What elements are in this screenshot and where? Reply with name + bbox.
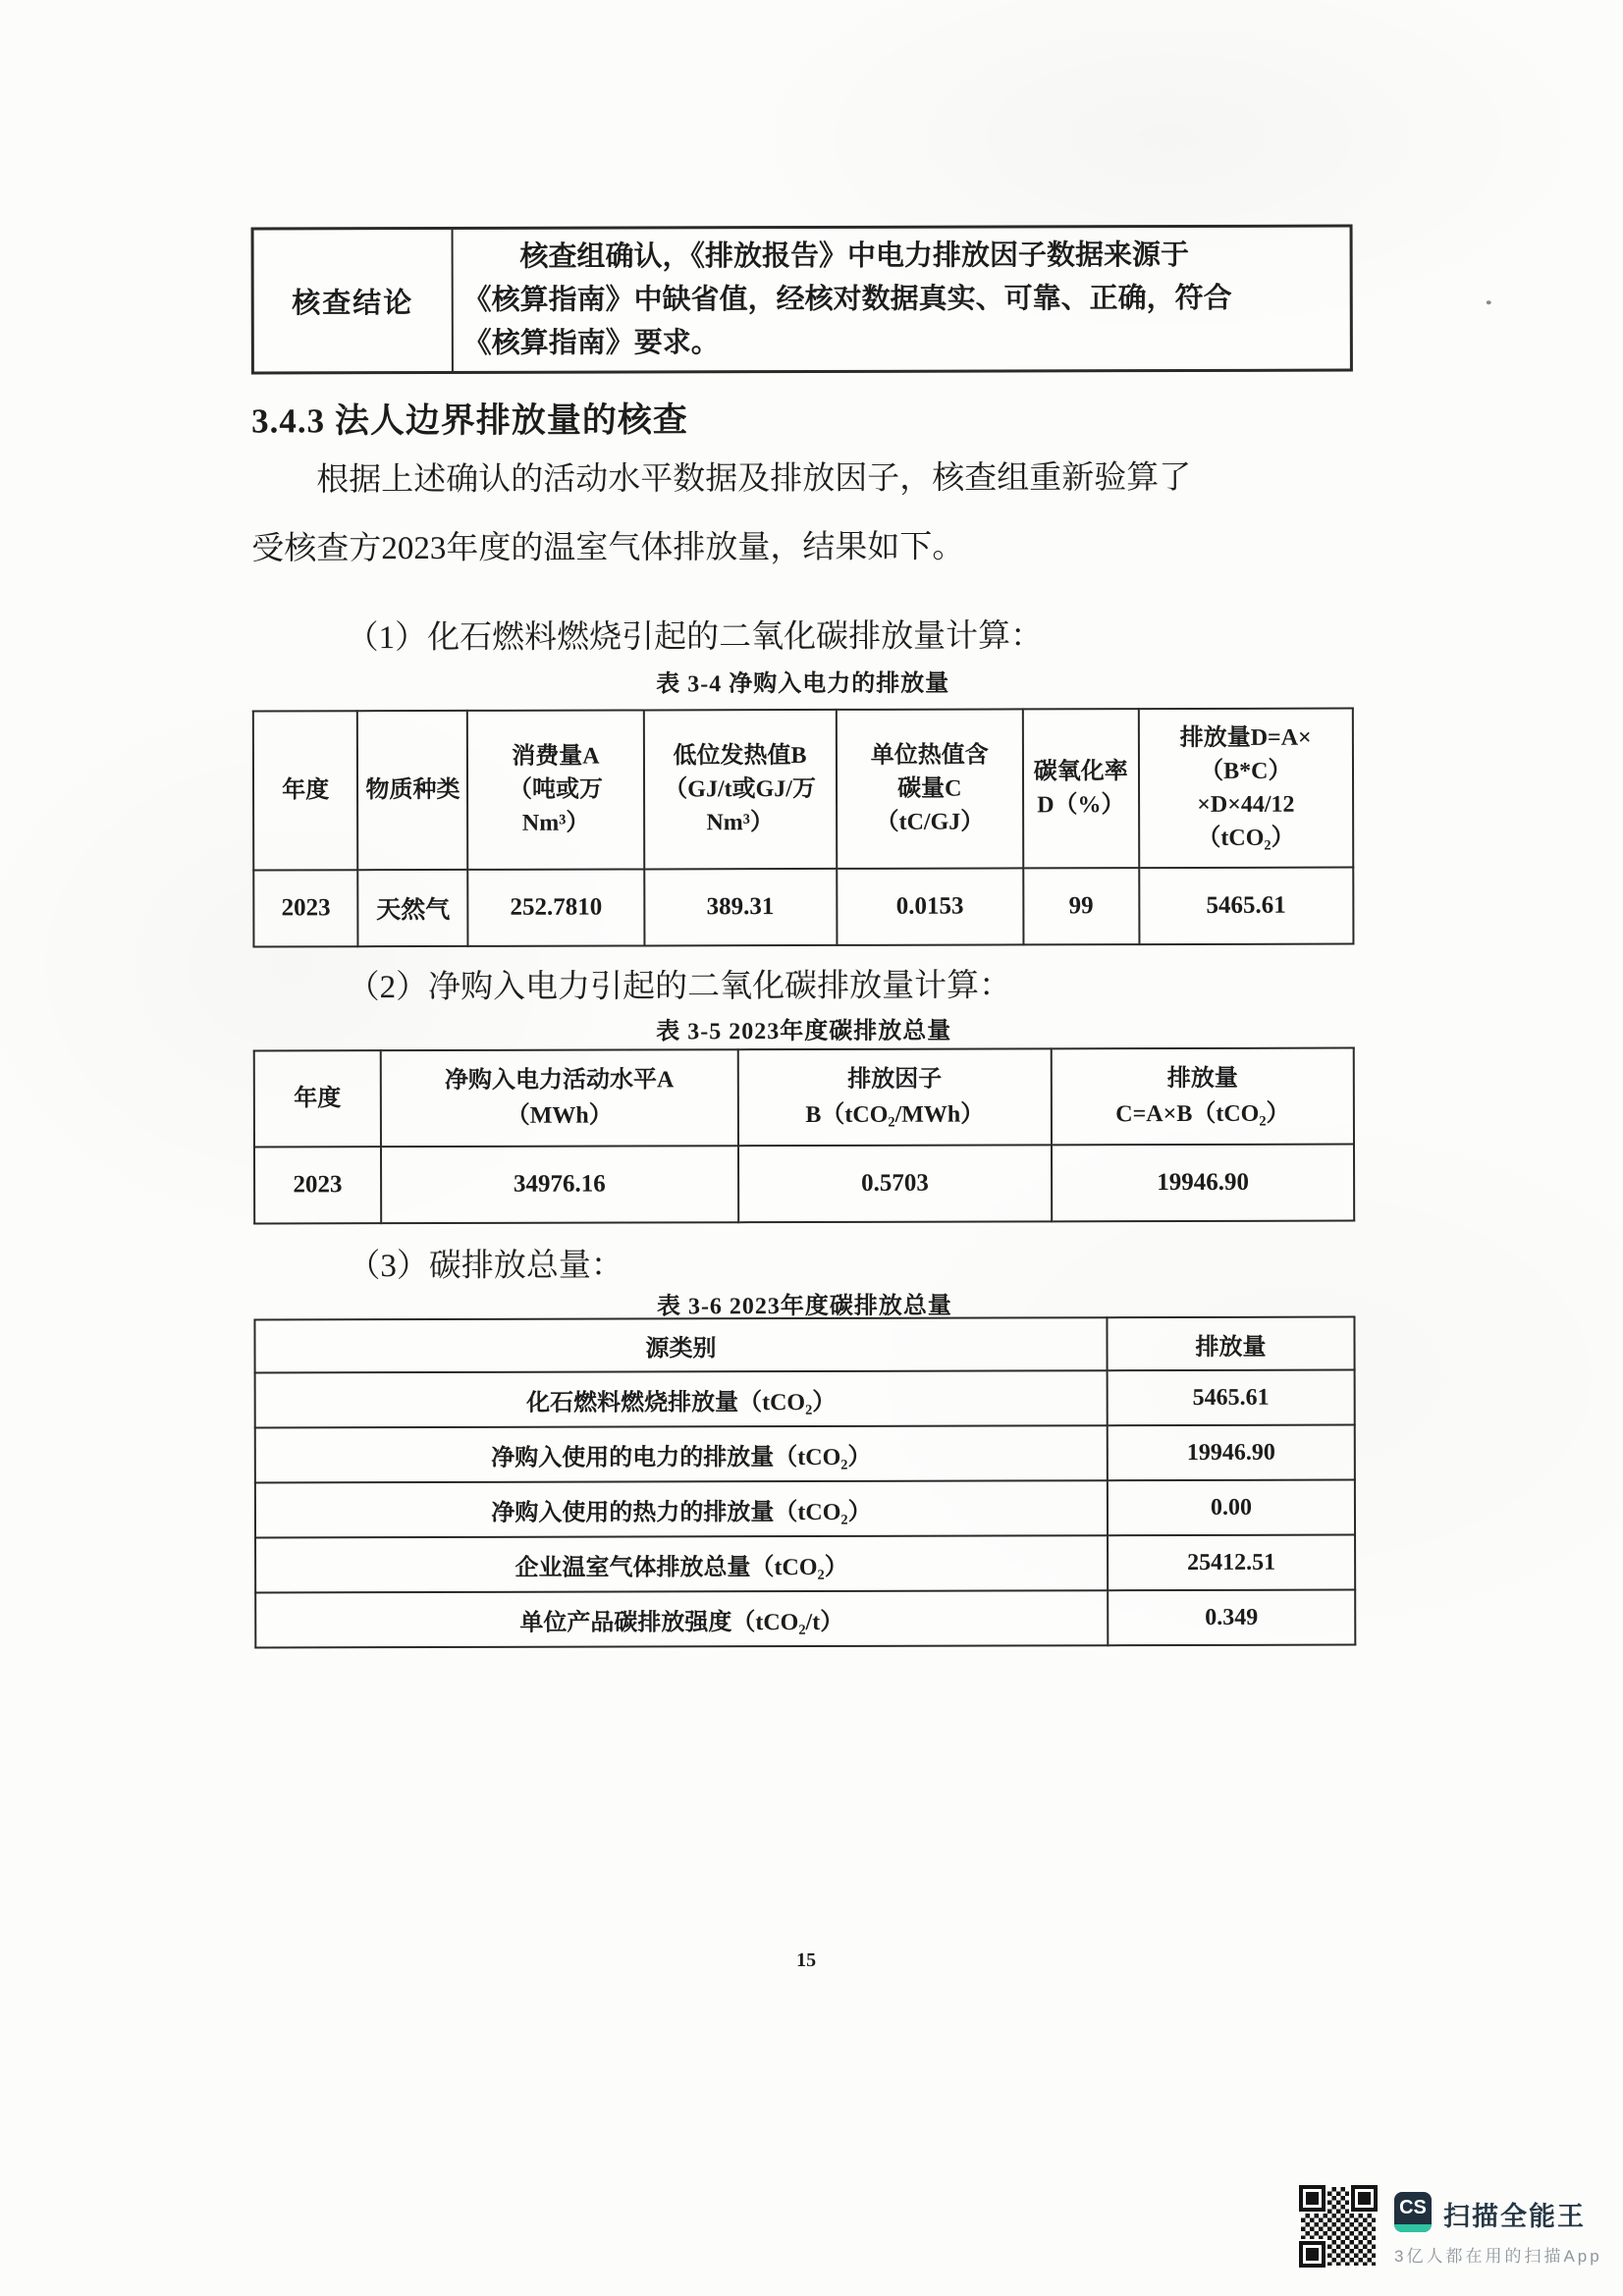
camscanner-logo-icon: CS xyxy=(1394,2192,1432,2232)
conclusion-line: 《核算指南》中缺省值，经核对数据真实、可靠、正确，符合 xyxy=(463,277,1336,322)
qr-finder-icon xyxy=(1299,2185,1325,2212)
column-header: 低位发热值B （GJ/t或GJ/万 Nm³） xyxy=(643,710,836,870)
table-cell: 化石燃料燃烧排放量（tCO₂） xyxy=(255,1370,1108,1427)
table-row: 单位产品碳排放强度（tCO₂/t） 0.349 xyxy=(255,1590,1355,1648)
table-3-6: 源类别 排放量 化石燃料燃烧排放量（tCO₂） 5465.61 净购入使用的电力… xyxy=(253,1316,1356,1649)
table-row: 2023 34976.16 0.5703 19946.90 xyxy=(254,1145,1354,1224)
table-cell: 单位产品碳排放强度（tCO₂/t） xyxy=(255,1590,1108,1647)
column-header: 年度 xyxy=(254,1050,381,1147)
column-header: 净购入电力活动水平A （MWh） xyxy=(381,1049,738,1147)
table-cell: 5465.61 xyxy=(1139,868,1354,945)
conclusion-table: 核查结论 核查组确认，《排放报告》中电力排放因子数据来源于 《核算指南》中缺省值… xyxy=(251,225,1353,375)
column-header: 排放量 xyxy=(1107,1317,1354,1371)
table-header-row: 年度 净购入电力活动水平A （MWh） 排放因子 B（tCO₂/MWh） 排放量… xyxy=(254,1048,1354,1148)
table-row: 净购入使用的电力的排放量（tCO₂） 19946.90 xyxy=(255,1425,1355,1483)
table-cell: 34976.16 xyxy=(381,1146,738,1223)
brand-app-name: 扫描全能王 xyxy=(1443,2195,1586,2233)
conclusion-line: 核查组确认，《排放报告》中电力排放因子数据来源于 xyxy=(462,234,1335,279)
table-row: 净购入使用的热力的排放量（tCO₂） 0.00 xyxy=(255,1480,1355,1538)
column-header: 物质种类 xyxy=(357,711,467,870)
table-3-5: 年度 净购入电力活动水平A （MWh） 排放因子 B（tCO₂/MWh） 排放量… xyxy=(253,1047,1355,1225)
table-cell: 2023 xyxy=(254,1147,381,1223)
table-cell: 0.349 xyxy=(1108,1590,1355,1646)
list-item-1: （1）化石燃料燃烧引起的二氧化碳排放量计算： xyxy=(252,610,1354,659)
list-item-2: （2）净购入电力引起的二氧化碳排放量计算： xyxy=(253,959,1355,1008)
column-header: 年度 xyxy=(253,711,358,870)
brand-tagline: 3亿人都在用的扫描App xyxy=(1394,2242,1602,2267)
column-header: 排放量 C=A×B（tCO₂） xyxy=(1052,1048,1354,1146)
table-cell: 2023 xyxy=(253,870,358,946)
table-row: 2023 天然气 252.7810 389.31 0.0153 99 5465.… xyxy=(253,868,1353,947)
body-paragraph-line: 根据上述确认的活动水平数据及排放因子，核查组重新验算了 xyxy=(251,458,1353,501)
logo-accent-strip xyxy=(1394,2224,1432,2232)
table-cell: 389.31 xyxy=(644,869,837,946)
qr-finder-icon xyxy=(1299,2241,1325,2268)
table-row: 化石燃料燃烧排放量（tCO₂） 5465.61 xyxy=(255,1370,1355,1428)
table-cell: 净购入使用的电力的排放量（tCO₂） xyxy=(255,1425,1108,1482)
page-number: 15 xyxy=(255,1949,1357,1974)
table-cell: 19946.90 xyxy=(1052,1145,1354,1222)
column-header: 单位热值含 碳量C （tC/GJ） xyxy=(836,709,1023,868)
column-header: 消费量A （吨或万 Nm³） xyxy=(467,710,644,869)
conclusion-label-cell: 核查结论 xyxy=(254,230,454,372)
cs-logo-letters: CS xyxy=(1394,2192,1432,2224)
table-cell: 99 xyxy=(1023,868,1139,944)
column-header: 源类别 xyxy=(254,1317,1107,1372)
conclusion-text-cell: 核查组确认，《排放报告》中电力排放因子数据来源于 《核算指南》中缺省值，经核对数… xyxy=(453,228,1349,371)
column-header: 碳氧化率 D（%） xyxy=(1023,709,1139,868)
table-cell: 天然气 xyxy=(358,870,468,946)
conclusion-line: 《核算指南》要求。 xyxy=(463,320,1336,365)
qr-finder-icon xyxy=(1351,2185,1378,2212)
table-cell: 25412.51 xyxy=(1108,1535,1355,1591)
body-paragraph-line: 受核查方2023年度的温室气体排放量，结果如下。 xyxy=(251,527,1353,569)
table-3-4: 年度 物质种类 消费量A （吨或万 Nm³） 低位发热值B （GJ/t或GJ/万… xyxy=(252,708,1355,948)
table-cell: 0.5703 xyxy=(738,1145,1052,1222)
table-cell: 252.7810 xyxy=(468,869,644,945)
table-3-5-caption: 表 3-5 2023年度碳排放总量 xyxy=(253,1010,1355,1047)
table-3-4-caption: 表 3-4 净购入电力的排放量 xyxy=(252,663,1354,700)
column-header: 排放因子 B（tCO₂/MWh） xyxy=(738,1048,1052,1146)
table-cell: 0.00 xyxy=(1108,1480,1355,1536)
table-cell: 净购入使用的热力的排放量（tCO₂） xyxy=(255,1480,1108,1537)
table-cell: 5465.61 xyxy=(1108,1370,1355,1426)
table-cell: 企业温室气体排放总量（tCO₂） xyxy=(255,1535,1108,1592)
table-cell: 19946.90 xyxy=(1108,1425,1355,1481)
table-header-row: 源类别 排放量 xyxy=(254,1317,1354,1373)
list-item-3: （3）碳排放总量： xyxy=(253,1238,1355,1287)
table-header-row: 年度 物质种类 消费量A （吨或万 Nm³） 低位发热值B （GJ/t或GJ/万… xyxy=(253,709,1353,871)
column-header: 排放量D=A× （B*C） ×D×44/12 （tCO₂） xyxy=(1138,709,1353,869)
section-heading: 3.4.3 法人边界排放量的核查 xyxy=(251,392,1353,444)
scan-artifact-dot xyxy=(1487,300,1491,304)
table-cell: 0.0153 xyxy=(837,868,1024,944)
scanned-document-page: 核查结论 核查组确认，《排放报告》中电力排放因子数据来源于 《核算指南》中缺省值… xyxy=(0,0,1623,2296)
table-row: 企业温室气体排放总量（tCO₂） 25412.51 xyxy=(255,1535,1355,1593)
qr-code xyxy=(1301,2187,1376,2266)
